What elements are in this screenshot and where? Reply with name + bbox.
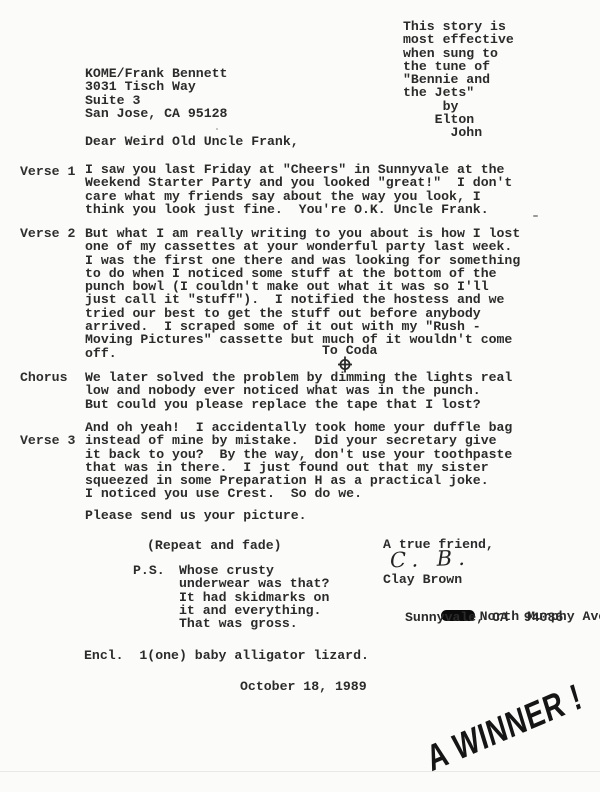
date-line: October 18, 1989: [240, 680, 367, 693]
chorus-text: We later solved the problem by dimming t…: [85, 371, 512, 411]
scan-speck: [216, 128, 218, 130]
tune-note: This story is most effective when sung t…: [403, 20, 514, 140]
winner-stamp: A WINNER !: [423, 678, 586, 777]
city-line: Sunnyvale, CA 94086: [405, 611, 563, 624]
verse1-text: I saw you last Friday at "Cheers" in Sun…: [85, 163, 512, 216]
recipient-address: KOME/Frank Bennett 3031 Tisch Way Suite …: [85, 67, 227, 120]
letter-page: This story is most effective when sung t…: [0, 0, 600, 792]
verse2-text: But what I am really writing to you abou…: [85, 227, 520, 360]
signature-initials: C. B.: [390, 547, 471, 572]
ps-label: P.S.: [133, 564, 165, 577]
request-line: Please send us your picture.: [85, 509, 307, 522]
scan-speck: [533, 215, 538, 217]
enclosure-line: Encl. 1(one) baby alligator lizard.: [84, 649, 369, 662]
ps-text: Whose crusty underwear was that? It had …: [179, 564, 329, 630]
repeat-and-fade: (Repeat and fade): [147, 539, 282, 552]
chorus-label: Chorus: [20, 371, 67, 384]
verse3-label: Verse 3: [20, 434, 75, 447]
salutation: Dear Weird Old Uncle Frank,: [85, 135, 299, 148]
verse2-label: Verse 2: [20, 227, 75, 240]
verse3-text: And oh yeah! I accidentally took home yo…: [85, 421, 512, 501]
verse1-label: Verse 1: [20, 165, 75, 178]
scan-edge-line: [0, 771, 600, 772]
signature-name: Clay Brown: [383, 573, 462, 586]
